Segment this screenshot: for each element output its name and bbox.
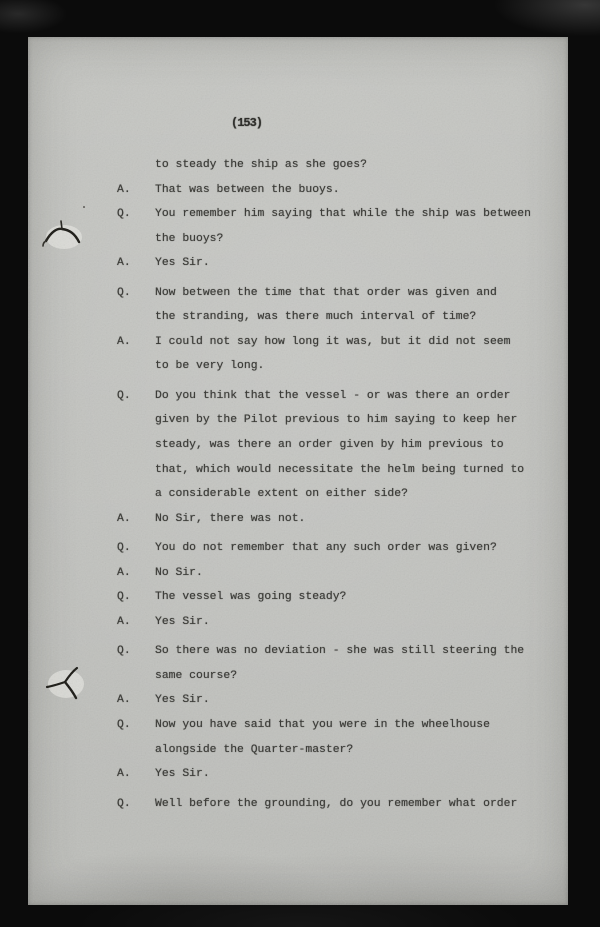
line-text: So there was no deviation - she was stil…: [155, 639, 524, 664]
transcript-line: Q.The vessel was going steady?: [117, 585, 531, 610]
line-text: the stranding, was there much interval o…: [155, 305, 476, 330]
page-number: (153): [231, 116, 262, 130]
transcript-line: A.Yes Sir.: [117, 610, 531, 635]
microfilm-scan: { "page": { "page_number": "(153)", "lin…: [0, 0, 600, 927]
line-text: same course?: [155, 664, 237, 689]
line-text: alongside the Quarter-master?: [155, 738, 353, 763]
speaker-label: Q.: [117, 585, 155, 610]
line-text: You remember him saying that while the s…: [155, 202, 531, 227]
speaker-label: Q.: [117, 281, 155, 306]
speaker-label: A.: [117, 178, 155, 203]
line-text: No Sir.: [155, 561, 203, 586]
line-text: Well before the grounding, do you rememb…: [155, 792, 517, 817]
transcript-line: given by the Pilot previous to him sayin…: [117, 408, 531, 433]
transcript-line: a considerable extent on either side?: [117, 482, 531, 507]
line-text: the buoys?: [155, 227, 223, 252]
line-text: that, which would necessitate the helm b…: [155, 458, 524, 483]
transcript-line: Q.Well before the grounding, do you reme…: [117, 792, 531, 817]
line-text: You do not remember that any such order …: [155, 536, 497, 561]
transcript-line: that, which would necessitate the helm b…: [117, 458, 531, 483]
speaker-label: Q.: [117, 713, 155, 738]
transcript-line: Q.You remember him saying that while the…: [117, 202, 531, 227]
transcript-line: the buoys?: [117, 227, 531, 252]
transcript-line: A.No Sir.: [117, 561, 531, 586]
transcript-line: Q.Now you have said that you were in the…: [117, 713, 531, 738]
transcript-line: Q.Do you think that the vessel - or was …: [117, 384, 531, 409]
paper-tear-mark: [42, 219, 88, 255]
transcript-line: same course?: [117, 664, 531, 689]
transcript-line: A.I could not say how long it was, but i…: [117, 330, 531, 355]
speaker-label: [117, 408, 155, 433]
speaker-label: [117, 482, 155, 507]
transcript-line: Q.You do not remember that any such orde…: [117, 536, 531, 561]
line-text: a considerable extent on either side?: [155, 482, 408, 507]
line-text: Now you have said that you were in the w…: [155, 713, 490, 738]
speaker-label: Q.: [117, 384, 155, 409]
line-text: Yes Sir.: [155, 251, 210, 276]
line-text: No Sir, there was not.: [155, 507, 305, 532]
speaker-label: Q.: [117, 792, 155, 817]
line-text: That was between the buoys.: [155, 178, 340, 203]
transcript-line: A.Yes Sir.: [117, 762, 531, 787]
transcript-line: to be very long.: [117, 354, 531, 379]
speaker-label: [117, 738, 155, 763]
line-text: The vessel was going steady?: [155, 585, 346, 610]
transcript-line: A.Yes Sir.: [117, 251, 531, 276]
transcript: to steady the ship as she goes? A.That w…: [117, 153, 531, 816]
document-page: (153) to steady the ship as she goes? A.…: [28, 37, 568, 905]
paper-tear-mark: [44, 663, 90, 707]
speaker-label: [117, 354, 155, 379]
transcript-line: alongside the Quarter-master?: [117, 738, 531, 763]
speaker-label: [117, 305, 155, 330]
speaker-label: A.: [117, 610, 155, 635]
line-text: steady, was there an order given by him …: [155, 433, 504, 458]
speaker-label: A.: [117, 507, 155, 532]
transcript-line: the stranding, was there much interval o…: [117, 305, 531, 330]
transcript-line: steady, was there an order given by him …: [117, 433, 531, 458]
line-text: Yes Sir.: [155, 610, 210, 635]
speaker-label: Q.: [117, 202, 155, 227]
line-text: to steady the ship as she goes?: [155, 153, 367, 178]
speaker-label: Q.: [117, 639, 155, 664]
speaker-label: A.: [117, 330, 155, 355]
ink-speck: [83, 206, 85, 208]
speaker-label: [117, 664, 155, 689]
line-text: given by the Pilot previous to him sayin…: [155, 408, 517, 433]
transcript-line: A.No Sir, there was not.: [117, 507, 531, 532]
speaker-label: [117, 227, 155, 252]
speaker-label: Q.: [117, 536, 155, 561]
speaker-label: A.: [117, 561, 155, 586]
transcript-line: A.Yes Sir.: [117, 688, 531, 713]
speaker-label: A.: [117, 688, 155, 713]
transcript-line: to steady the ship as she goes?: [117, 153, 531, 178]
line-text: to be very long.: [155, 354, 264, 379]
transcript-line: Q.So there was no deviation - she was st…: [117, 639, 531, 664]
transcript-line: Q.Now between the time that that order w…: [117, 281, 531, 306]
line-text: I could not say how long it was, but it …: [155, 330, 510, 355]
line-text: Now between the time that that order was…: [155, 281, 497, 306]
speaker-label: [117, 433, 155, 458]
transcript-line: A.That was between the buoys.: [117, 178, 531, 203]
line-text: Yes Sir.: [155, 762, 210, 787]
speaker-label: A.: [117, 251, 155, 276]
speaker-label: [117, 458, 155, 483]
line-text: Do you think that the vessel - or was th…: [155, 384, 510, 409]
speaker-label: [117, 153, 155, 178]
speaker-label: A.: [117, 762, 155, 787]
line-text: Yes Sir.: [155, 688, 210, 713]
